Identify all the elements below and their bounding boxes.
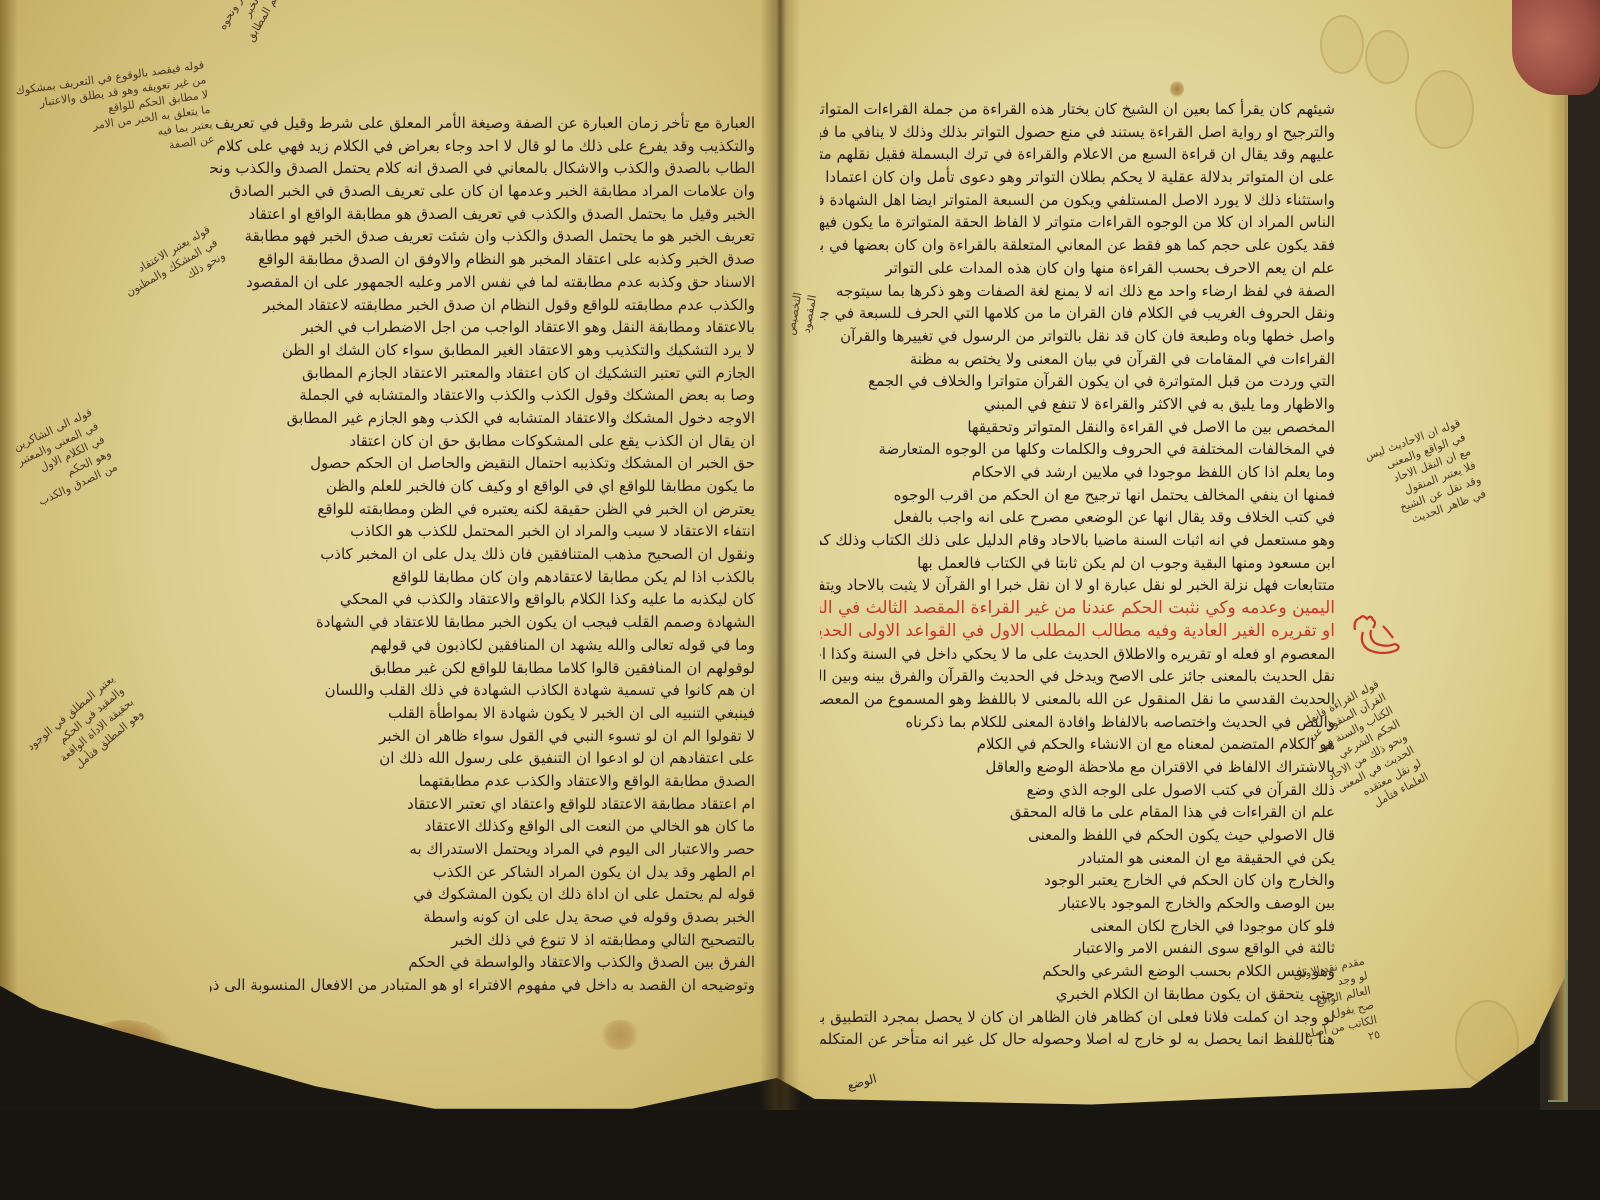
text-line: يكن في الحقيقة مع ان المعنى هو المتبادر	[820, 847, 1335, 870]
text-line: لا يرد التشكيك والتكذيب وهو الاعتقاد الغ…	[210, 339, 755, 362]
text-line: واستثناء ذلك لا يورد الاصل المستلفي ويكو…	[820, 189, 1335, 212]
text-line: الصفة في لفظ ارضاء واحد مع ذلك انه لا يم…	[820, 280, 1335, 303]
text-line: ابن مسعود ومنها البقية وجوب ان لم يكن ثا…	[820, 552, 1335, 575]
text-line: المخصص بين ما الاصل في القراءة والنقل ال…	[820, 416, 1335, 439]
text-line: الناس المراد ان كلا من الوجوه القراءات م…	[820, 211, 1335, 234]
text-line: ما كان هو الخالي من النعت الى الواقع وكذ…	[210, 815, 755, 838]
text-line: وما يعلم اذا كان اللفظ موجودا في ملايين …	[820, 461, 1335, 484]
text-line: وما في قوله تعالى والله يشهد ان المنافقي…	[210, 634, 755, 657]
text-line: الفرق بين الصدق والكذب والاعتقاد والواسط…	[210, 951, 755, 974]
text-line: صدق الخبر وكذبه على اعتقاد المخبر هو الن…	[210, 248, 755, 271]
text-line: الجازم التي تعتبر التشكيك ان كان اعتقاد …	[210, 362, 755, 385]
text-line: حق الخبر ان المشكك وتكذيبه احتمال النقيض…	[210, 452, 755, 475]
text-line: ما يكون مطابقا للواقع اي في الواقع او وك…	[210, 475, 755, 498]
text-line: يعترض ان الخبر في الظن حقيقة لكنه يعتبره…	[210, 498, 755, 521]
text-line: ونقل الحروف الغريب في الكلام فان القران …	[820, 302, 1335, 325]
marginal-note: يعتبر المطلق في الوجودوالمقيد في الحكمبح…	[24, 672, 147, 789]
book-gutter	[760, 0, 800, 1110]
text-line: وتوضيحه ان القصد به داخل في مفهوم الافتر…	[210, 974, 755, 997]
catchword: الوضع	[846, 1071, 878, 1092]
page-edge	[1548, 60, 1568, 1100]
stain-blot	[70, 1020, 180, 1110]
main-text-block: شيئهم كان يقرأ كما بعين ان الشيخ كان يخت…	[820, 98, 1335, 1051]
text-line: لو وجد ان كملت فلانا فعلى ان كظاهر فان ا…	[820, 1006, 1335, 1029]
text-line: والتكذيب وقد يفرع على ذلك ما لو قال لا ا…	[210, 135, 755, 158]
text-line: انتفاء الاعتقاد لا سبب والمراد ان الخبر …	[210, 520, 755, 543]
text-line: ذلك القرآن في كتب الاصول على الوجه الذي …	[820, 779, 1335, 802]
text-line: والترجيح او رواية اصل القراءة يستند في م…	[820, 121, 1335, 144]
text-line: التي وردت من قبل المتواترة في ان يكون ال…	[820, 370, 1335, 393]
text-line: ثالثة في الواقع سوى النفس الامر والاعتبا…	[820, 937, 1335, 960]
text-line: واصل خطها وباه وطبعة فان كان قد نقل بالت…	[820, 325, 1335, 348]
text-line: وهو نفس الكلام بحسب الوضع الشرعي والحكم	[820, 960, 1335, 983]
text-line: شيئهم كان يقرأ كما بعين ان الشيخ كان يخت…	[820, 98, 1335, 121]
text-line: في كتب الخلاف وقد يقال انها عن الوضعي مص…	[820, 506, 1335, 529]
text-line: والكذب عدم مطابقته للواقع وقول النظام ان…	[210, 294, 755, 317]
text-line: الاوجه دخول المشكك والاعتقاد المتشابه في…	[210, 407, 755, 430]
marginal-note: قوله الخبر ونحوهحقيقة الخبرفالحكم المطاب…	[215, 0, 292, 48]
text-line: ام اعتقاد مطابقة الاعتقاد للواقع واعتقاد…	[210, 793, 755, 816]
text-line: بين الوصف والحكم والخارج الموجود بالاعتب…	[820, 892, 1335, 915]
stain-blot	[600, 1020, 640, 1050]
text-line: العبارة مع تأخر زمان العبارة عن الصفة وص…	[210, 112, 755, 135]
text-line: لوقولهم ان المنافقين قالوا كلاما مطابقا …	[210, 657, 755, 680]
text-line: هو الكلام المتضمن لمعناه مع ان الانشاء و…	[820, 733, 1335, 756]
text-line: قال الاصولي حيث يكون الحكم في اللفظ والم…	[820, 824, 1335, 847]
text-line: علم ان يعم الاحرف بحسب القراءة منها وان …	[820, 257, 1335, 280]
text-line: وصا به بعض المشكك وقول الكذب والكذب والا…	[210, 384, 755, 407]
text-line: المعصوم او فعله او تقريره والاطلاق الحدي…	[820, 643, 1335, 666]
text-line: نقل الحديث بالمعنى جائز على الاصح ويدخل …	[820, 665, 1335, 688]
text-line: القراءات في المقامات في القرآن في بيان ا…	[820, 348, 1335, 371]
text-line: هنا باللفظ انما يحصل به لو خارج له اصلا …	[820, 1028, 1335, 1051]
text-line: الحديث القدسي ما نقل المنقول عن الله بال…	[820, 688, 1335, 711]
marginal-note: قوله ان الاحاديث ليسفي الواقع والمعنىمع …	[1363, 415, 1488, 534]
text-line: على ان المتواتر بدلالة عقلية لا يحكم بطل…	[820, 166, 1335, 189]
red-seal-icon	[1345, 610, 1405, 660]
text-line: والاظهار وما يليق به في الاكثر والقراءة …	[820, 393, 1335, 416]
dark-background-bottom	[0, 1110, 1600, 1200]
text-line: بالكذب اذا لم يكن مطابقا لاعتقادهم وان ك…	[210, 566, 755, 589]
page-edge	[0, 0, 18, 1100]
text-line: وان علامات المراد مطابقة الخبر وعدمها ان…	[210, 180, 755, 203]
text-line: عليهم وقد يقال ان قراءة السبع من الاعلام…	[820, 143, 1335, 166]
text-line: الاسناد حق وكذبه عدم مطابقته لما في نفس …	[210, 271, 755, 294]
text-line: علم ان القراءات في هذا المقام على ما قال…	[820, 801, 1335, 824]
text-line: تعريف الخبر هو ما يحتمل الصدق والكذب وان…	[210, 225, 755, 248]
text-line: ام الطهر وقد يدل ان يكون المراد الشاكر ع…	[210, 861, 755, 884]
text-line: الطاب بالصدق والكذب والاشكال بالمعاني في…	[210, 157, 755, 180]
water-stain	[1415, 70, 1474, 149]
catchword: تنبيه	[300, 1085, 321, 1099]
marginal-note: قوله فيقصد بالوقوع في التعريف بمشكوكمن غ…	[15, 57, 216, 173]
text-line: وهو مستعمل في انه اثبات السنة ماضيا بالا…	[820, 529, 1335, 552]
text-line: فقد يكون على حجم كما هو فقط عن المعاني ا…	[820, 234, 1335, 257]
marginal-note: قوله الى الشاكرينفي المعنى والمعتبرفي ال…	[8, 405, 120, 510]
ink-spot	[1170, 80, 1184, 98]
text-line: بالاشتراك الالفاظ في الاقتران مع ملاحظة …	[820, 756, 1335, 779]
text-line: الشهادة وصمم القلب فيجب ان يكون الخبر مط…	[210, 611, 755, 634]
manuscript-right-page: شيئهم كان يقرأ كما بعين ان الشيخ كان يخت…	[775, 0, 1565, 1110]
water-stain	[1320, 15, 1364, 74]
text-line: بالتصحيح التالي ومطابقته اذ لا تنوع في ذ…	[210, 929, 755, 952]
text-line: فينبغي التنبيه الى ان الخبر لا يكون شهاد…	[210, 702, 755, 725]
text-line: او تقريره الغير العادية وفيه مطالب المطل…	[820, 620, 1335, 643]
text-line: والنص في الحديث واختصاصه بالالفاظ وافادة…	[820, 711, 1335, 734]
text-line: الصدق مطابقة الواقع والاعتقاد والكذب عدم…	[210, 770, 755, 793]
text-line: على اعتقادهم ان لو ادعوا ان التنفيق على …	[210, 747, 755, 770]
text-line: بالاعتقاد ومطابقة النقل وهو الاعتقاد الو…	[210, 316, 755, 339]
text-line: ان يقال ان الكذب يقع على المشكوكات مطابق…	[210, 430, 755, 453]
text-line: في المخالفات المختلفة في الحروف والكلمات…	[820, 438, 1335, 461]
manuscript-left-page: العبارة مع تأخر زمان العبارة عن الصفة وص…	[0, 0, 790, 1120]
text-line: فلو كان موجودا في الخارج لكان المعنى	[820, 915, 1335, 938]
text-line: الخبر بصدق وقوله في صحة يدل على ان كونه …	[210, 906, 755, 929]
text-line: متتابعات فهل نزلة الخبر لو نقل عبارة او …	[820, 574, 1335, 597]
text-line: حتى يتحقق ان يكون مطابقا ان الكلام الخبر…	[820, 983, 1335, 1006]
text-line: قوله لم يحتمل على ان اداة ذلك ان يكون ال…	[210, 883, 755, 906]
text-line: ان هم كانوا في تسمية شهادة الكاذب الشهاد…	[210, 679, 755, 702]
text-line: فمنها ان ينفي المخالف يحتمل انها ترجيح م…	[820, 484, 1335, 507]
text-line: والخارج وان كان الحكم في الخارج يعتبر ال…	[820, 869, 1335, 892]
mount-edge	[1548, 960, 1568, 1102]
text-line: لا تقولوا الم ان لو تسوء النبي في القول …	[210, 725, 755, 748]
text-line: ونقول ان الصحيح مذهب المتنافقين فان ذلك …	[210, 543, 755, 566]
main-text-block: العبارة مع تأخر زمان العبارة عن الصفة وص…	[210, 112, 755, 997]
text-line: الخبر وقيل ما يحتمل الصدق والكذب في تعري…	[210, 203, 755, 226]
water-stain	[1455, 1000, 1519, 1084]
thumb	[1512, 0, 1600, 95]
text-line: كان ليكذبه ما عليه وكذا الكلام بالواقع و…	[210, 588, 755, 611]
water-stain	[1365, 30, 1409, 84]
text-line: حصر والاعتبار الى اليوم في المراد ويحتمل…	[210, 838, 755, 861]
text-line: اليمين وعدمه وكي نثبت الحكم عندنا من غير…	[820, 597, 1335, 620]
